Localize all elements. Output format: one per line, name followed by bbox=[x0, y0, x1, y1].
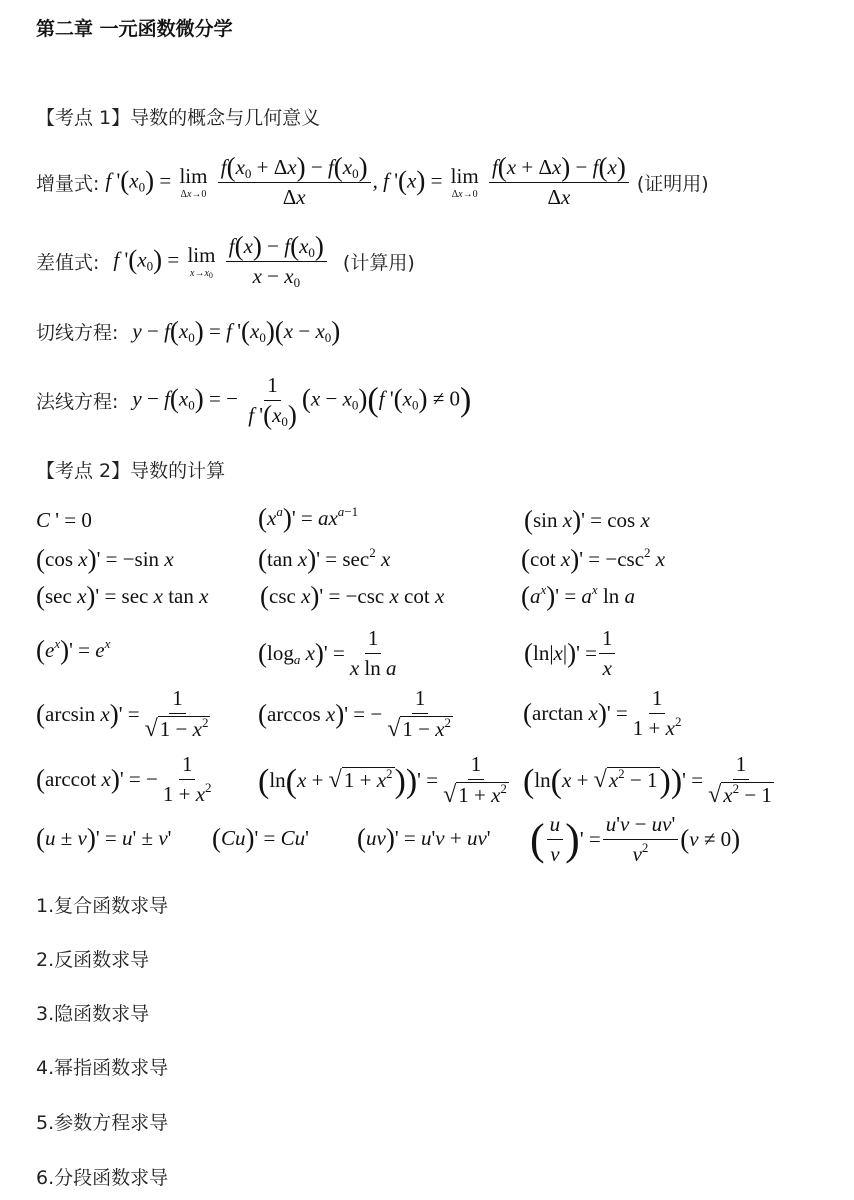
formula-difference: f '(x0) = limx→x0 f(x) − f(x0)x − x0 bbox=[113, 234, 329, 289]
topic-item: 6.分段函数求导 bbox=[36, 1163, 168, 1190]
formula-ln-abs: (ln|x|)' = 1x bbox=[524, 626, 617, 681]
formula-sec: (sec x)' = sec x tan x bbox=[36, 584, 208, 609]
section1-heading: 【考点 1】导数的概念与几何意义 bbox=[36, 103, 320, 130]
formula-cot: (cot x)' = −csc2 x bbox=[521, 547, 665, 572]
difference-formula: 差值式: f '(x0) = limx→x0 f(x) − f(x0)x − x… bbox=[36, 234, 415, 289]
normal-label: 法线方程: bbox=[36, 387, 118, 414]
difference-label: 差值式: bbox=[36, 248, 99, 275]
formula-csc: (csc x)' = −csc x cot x bbox=[260, 584, 444, 609]
difference-note: (计算用) bbox=[343, 248, 415, 275]
topic-item: 2.反函数求导 bbox=[36, 945, 149, 972]
topic-item: 3.隐函数求导 bbox=[36, 999, 149, 1026]
formula-log: (loga x)' = 1x ln a bbox=[258, 626, 401, 681]
increment-note: (证明用) bbox=[637, 169, 709, 196]
section2-heading: 【考点 2】导数的计算 bbox=[36, 456, 225, 483]
formula-const-multiple: (Cu)' = Cu' bbox=[212, 826, 309, 851]
formula-arccot: (arccot x)' = − 11 + x2 bbox=[36, 752, 217, 807]
normal-formula: 法线方程: y − f(x0) = − 1f '(x0)(x − x0)(f '… bbox=[36, 373, 471, 428]
increment-label: 增量式: bbox=[36, 169, 99, 196]
formula-sin: (sin x)' = cos x bbox=[524, 508, 650, 533]
formula-tangent: y − f(x0) = f '(x0)(x − x0) bbox=[132, 319, 340, 344]
formula-sum-rule: (u ± v)' = u' ± v' bbox=[36, 826, 171, 851]
formula-arsinh: (ln(x + √1 + x2))' = 1√1 + x2 bbox=[258, 752, 514, 808]
formula-arccos: (arccos x)' = − 1√1 − x2 bbox=[258, 686, 458, 742]
increment-formula: 增量式: f '(x0) = limΔx→0 f(x0 + Δx) − f(x0… bbox=[36, 155, 709, 210]
formula-product-rule: (uv)' = u'v + uv' bbox=[357, 826, 491, 851]
formula-arctan: (arctan x)' = 11 + x2 bbox=[523, 686, 686, 741]
tangent-formula: 切线方程: y − f(x0) = f '(x0)(x − x0) bbox=[36, 318, 340, 345]
tangent-label: 切线方程: bbox=[36, 318, 118, 345]
formula-arcosh: (ln(x + √x2 − 1))' = 1√x2 − 1 bbox=[523, 752, 779, 808]
formula-arcsin: (arcsin x)' = 1√1 − x2 bbox=[36, 686, 215, 742]
chapter-title: 第二章 一元函数微分学 bbox=[36, 14, 233, 41]
formula-cos: (cos x)' = −sin x bbox=[36, 547, 174, 572]
formula-tan: (tan x)' = sec2 x bbox=[258, 547, 390, 572]
topic-item: 5.参数方程求导 bbox=[36, 1108, 168, 1135]
formula-normal: y − f(x0) = − 1f '(x0)(x − x0)(f '(x0) ≠… bbox=[132, 373, 471, 428]
topic-item: 1.复合函数求导 bbox=[36, 891, 168, 918]
topic-item: 4.幂指函数求导 bbox=[36, 1053, 168, 1080]
formula-exp-e: (ex)' = ex bbox=[36, 638, 110, 663]
formula-increment: f '(x0) = limΔx→0 f(x0 + Δx) − f(x0)Δx, … bbox=[105, 155, 630, 210]
formula-const: C ' = 0 bbox=[36, 508, 92, 533]
formula-exp-a: (ax)' = ax ln a bbox=[521, 584, 635, 609]
formula-power: (xa)' = axa−1 bbox=[258, 506, 358, 531]
formula-quotient-rule: (uv)' = u'v − uv'v2(v ≠ 0) bbox=[530, 812, 740, 867]
